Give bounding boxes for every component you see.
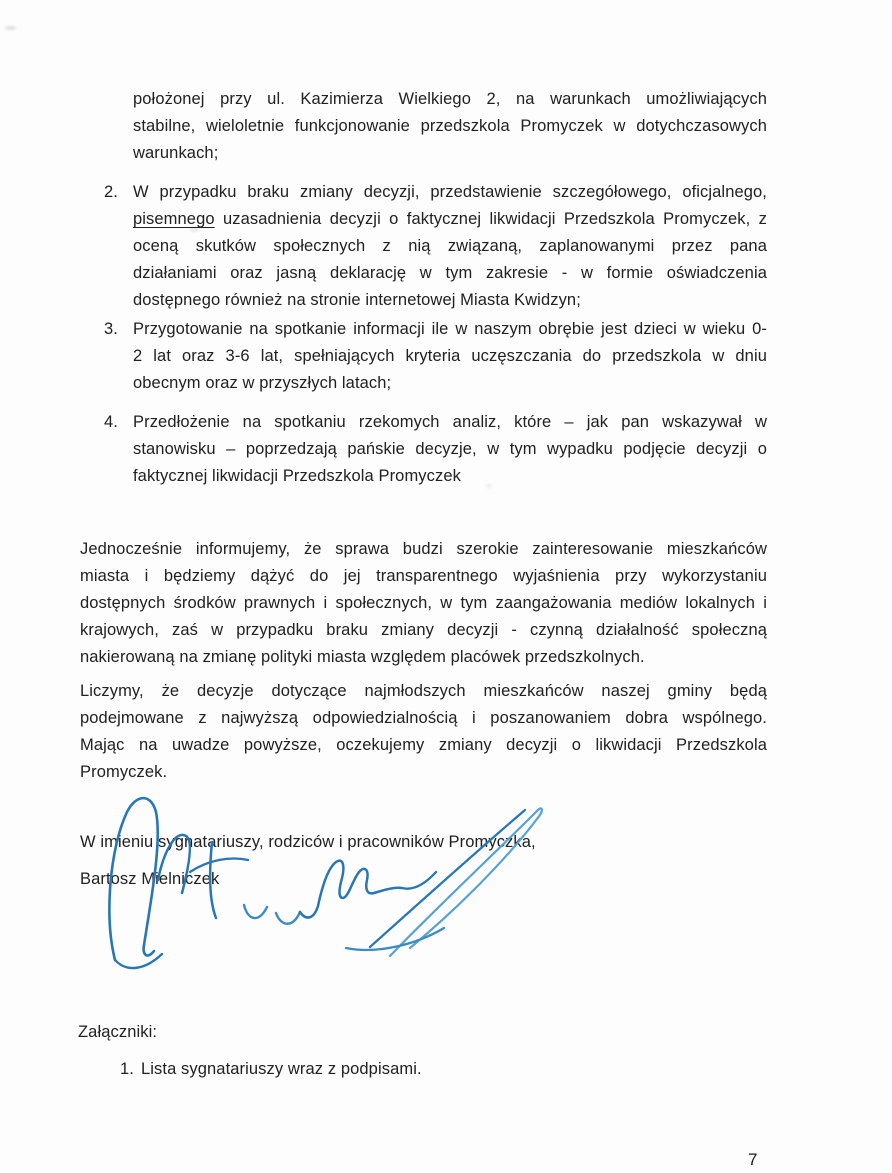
text-line: Liczymy, że decyzje dotyczące najmłodszy… bbox=[80, 678, 767, 705]
scan-artifact bbox=[5, 26, 16, 30]
text-line: Mając na uwadze powyższe, oczekujemy zmi… bbox=[80, 732, 767, 759]
list-item-number: 4. bbox=[104, 409, 118, 436]
list-item-2: 2. W przypadku braku zmiany decyzji, prz… bbox=[133, 179, 767, 314]
attachments-heading: Załączniki: bbox=[78, 1019, 157, 1046]
list-item-number: 3. bbox=[104, 316, 118, 343]
text-line: faktycznej likwidacji Przedszkola Promyc… bbox=[133, 463, 767, 490]
text-line: działaniami oraz jasną deklarację w tym … bbox=[133, 260, 767, 287]
handwritten-signature-icon bbox=[88, 788, 568, 988]
list-item-text: Przygotowanie na spotkanie informacji il… bbox=[133, 316, 767, 397]
text-line: warunkach; bbox=[133, 140, 767, 167]
list-item-text: W przypadku braku zmiany decyzji, przeds… bbox=[133, 179, 767, 314]
text-line: stanowisku – poprzedzają pańskie decyzje… bbox=[133, 436, 767, 463]
text-segment: uzasadnienia decyzji o faktycznej likwid… bbox=[215, 210, 767, 228]
list-item-1-continuation: położonej przy ul. Kazimierza Wielkiego … bbox=[133, 86, 767, 167]
text-line: dostępnych środków prawnych i społecznyc… bbox=[80, 590, 767, 617]
text-line: W przypadku braku zmiany decyzji, przeds… bbox=[133, 179, 767, 206]
attachment-item-1: 1. Lista sygnatariuszy wraz z podpisami. bbox=[141, 1056, 422, 1083]
text-line: położonej przy ul. Kazimierza Wielkiego … bbox=[133, 86, 767, 113]
text-line: nakierowaną na zmianę polityki miasta wz… bbox=[80, 644, 767, 671]
list-item-3: 3. Przygotowanie na spotkanie informacji… bbox=[133, 316, 767, 397]
text-line: Jednocześnie informujemy, że sprawa budz… bbox=[80, 536, 767, 563]
text-line: oceną skutków społecznych z nią związaną… bbox=[133, 233, 767, 260]
text-line: Przedłożenie na spotkaniu rzekomych anal… bbox=[133, 409, 767, 436]
underlined-text: pisemnego bbox=[133, 210, 215, 228]
page-number: 7 bbox=[748, 1150, 757, 1170]
text-line: obecnym oraz w przyszłych latach; bbox=[133, 370, 767, 397]
attachment-item-number: 1. bbox=[120, 1056, 134, 1083]
paragraph-expectation: Liczymy, że decyzje dotyczące najmłodszy… bbox=[80, 678, 767, 786]
text-line: 2 lat oraz 3-6 lat, spełniających kryter… bbox=[133, 343, 767, 370]
list-item-4: 4. Przedłożenie na spotkaniu rzekomych a… bbox=[133, 409, 767, 490]
attachment-item-text: Lista sygnatariuszy wraz z podpisami. bbox=[141, 1060, 422, 1078]
text-line: Promyczek. bbox=[80, 759, 767, 786]
text-line: Przygotowanie na spotkanie informacji il… bbox=[133, 316, 767, 343]
scanned-letter-page: położonej przy ul. Kazimierza Wielkiego … bbox=[0, 0, 892, 1173]
list-item-number: 2. bbox=[104, 179, 118, 206]
text-line: miasta i będziemy dążyć do jej transpare… bbox=[80, 563, 767, 590]
text-line: stabilne, wieloletnie funkcjonowanie prz… bbox=[133, 113, 767, 140]
paragraph-information: Jednocześnie informujemy, że sprawa budz… bbox=[80, 536, 767, 671]
text-line: dostępnego również na stronie internetow… bbox=[133, 287, 767, 314]
text-line: krajowych, zaś w przypadku braku zmiany … bbox=[80, 617, 767, 644]
text-line: podejmowane z najwyższą odpowiedzialnośc… bbox=[80, 705, 767, 732]
list-item-text: Przedłożenie na spotkaniu rzekomych anal… bbox=[133, 409, 767, 490]
text-line: pisemnego uzasadnienia decyzji o faktycz… bbox=[133, 206, 767, 233]
